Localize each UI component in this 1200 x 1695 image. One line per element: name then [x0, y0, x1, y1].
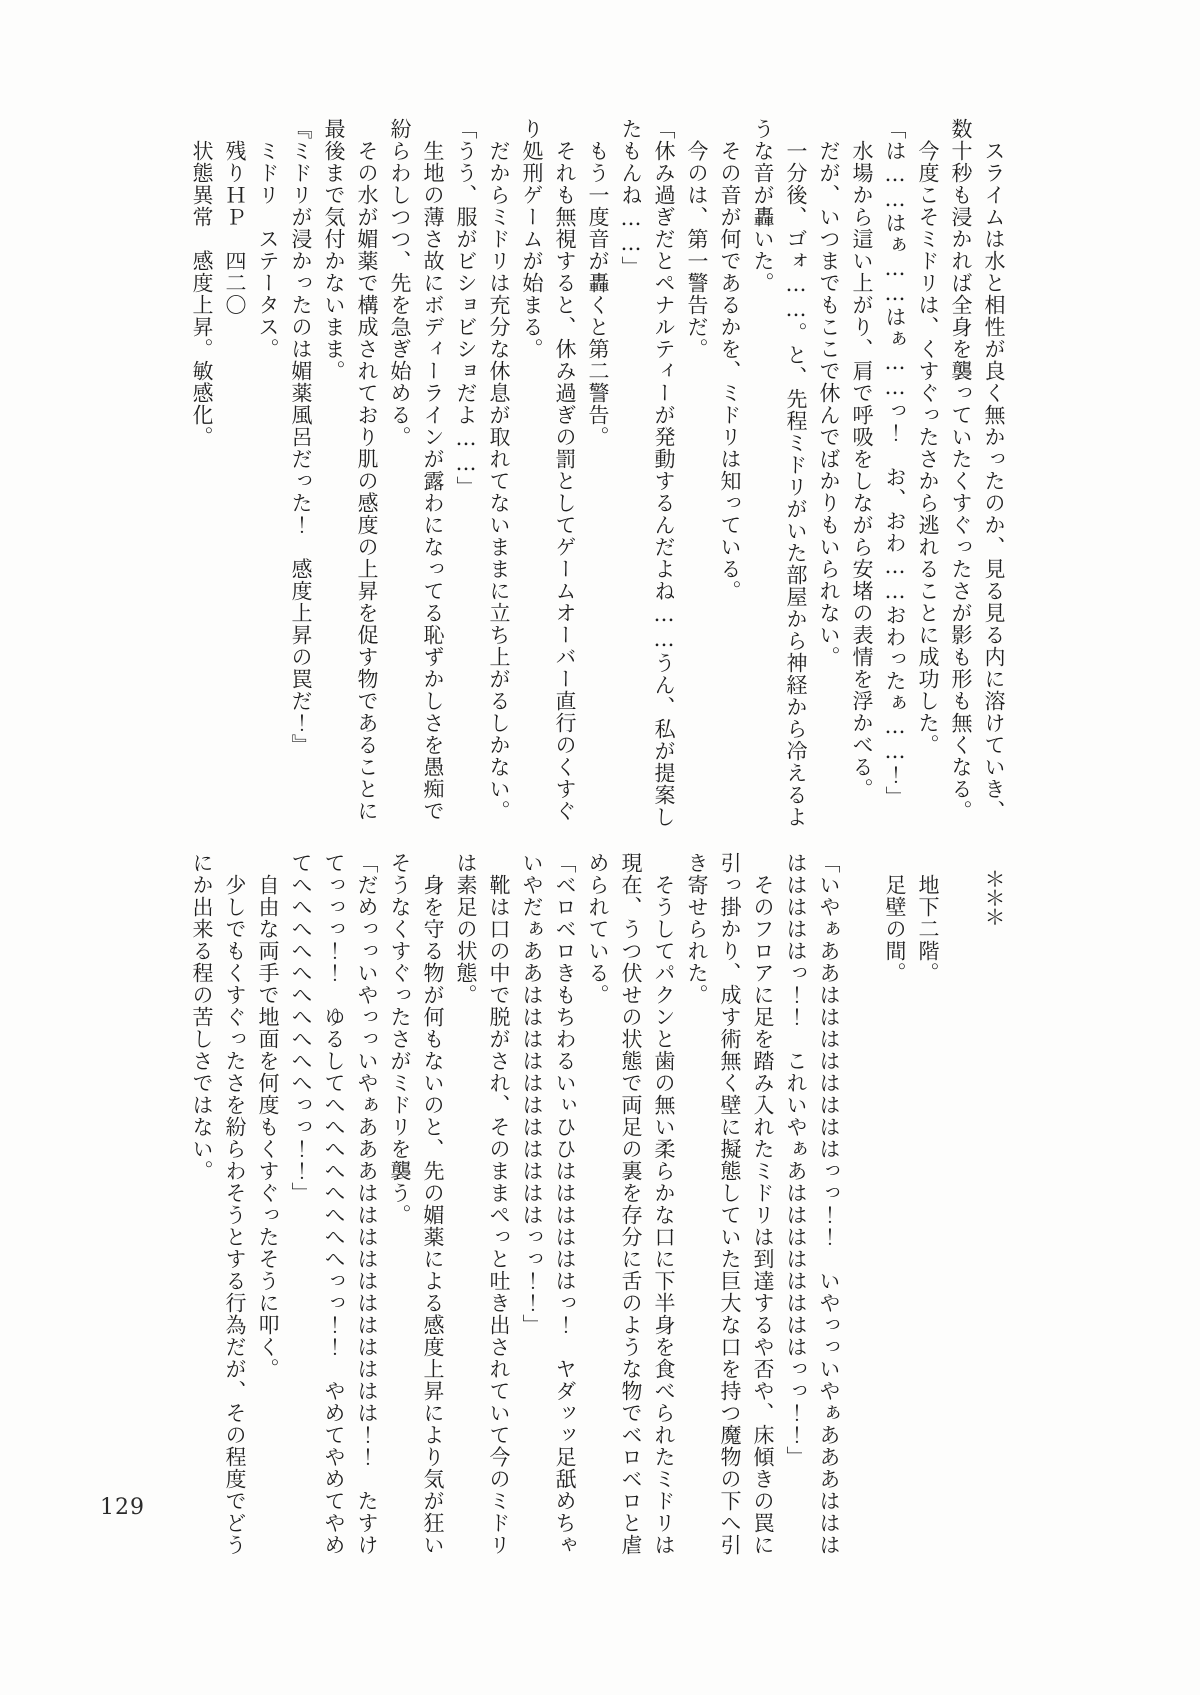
- section-divider: ＊＊＊: [977, 852, 1010, 1574]
- paragraph: 『ミドリが浸かったのは媚薬風呂だった！ 感度上昇の罠だ！』: [284, 118, 317, 840]
- paragraph: 今度こそミドリは、くすぐったさから逃れることに成功した。: [911, 118, 944, 840]
- paragraph: 今のは、第一警告だ。: [680, 118, 713, 840]
- scanned-novel-page: スライムは水と相性が良く無かったのか、見る見る内に溶けていき、数十秒も浸かれば全…: [0, 0, 1200, 1695]
- text-band-upper: スライムは水と相性が良く無かったのか、見る見る内に溶けていき、数十秒も浸かれば全…: [170, 118, 1010, 840]
- paragraph: 自由な両手で地面を何度もくすぐったそうに叩く。: [251, 852, 284, 1574]
- paragraph: 「うう、服がビショビショだよ……」: [449, 118, 482, 840]
- paragraph: 身を守る物が何もないのと、先の媚薬による感度上昇により気が狂いそうなくすぐったさ…: [383, 852, 449, 1574]
- paragraph: 残りＨＰ 四二〇: [218, 118, 251, 840]
- paragraph: 「は……はぁ……はぁ……っ！ お、おわ……おわったぁ……！」: [878, 118, 911, 840]
- paragraph: 「休み過ぎだとペナルティーが発動するんだよね……うん、私が提案したもんね……」: [614, 118, 680, 840]
- paragraph: スライムは水と相性が良く無かったのか、見る見る内に溶けていき、数十秒も浸かれば全…: [944, 118, 1010, 840]
- paragraph: 状態異常 感度上昇。敏感化。: [185, 118, 218, 840]
- paragraph: その水が媚薬で構成されており肌の感度の上昇を促す物であることに最後まで気付かない…: [317, 118, 383, 840]
- paragraph: 地下二階。: [911, 852, 944, 1574]
- paragraph: 少しでもくすぐったさを紛らわそうとする行為だが、その程度でどうにか出来る程の苦し…: [185, 852, 251, 1574]
- paragraph: ミドリ ステータス。: [251, 118, 284, 840]
- page-number: 129: [100, 1495, 145, 1520]
- paragraph: 水場から這い上がり、肩で呼吸をしながら安堵の表情を浮かべる。: [845, 118, 878, 840]
- paragraph: だが、いつまでもここで休んでばかりもいられない。: [812, 118, 845, 840]
- paragraph: 一分後、ゴォ……。と、先程ミドリがいた部屋から神経から冷えるような音が轟いた。: [746, 118, 812, 840]
- paragraph: 靴は口の中で脱がされ、そのままぺっと吐き出されていて今のミドリは素足の状態。: [449, 852, 515, 1574]
- paragraph: だからミドリは充分な休息が取れてないままに立ち上がるしかない。: [482, 118, 515, 840]
- paragraph: そのフロアに足を踏み入れたミドリは到達するや否や、床傾きの罠に引っ掛かり、成す術…: [680, 852, 779, 1574]
- paragraph: そうしてパクンと歯の無い柔らかな口に下半身を食べられたミドリは現在、うつ伏せの状…: [581, 852, 680, 1574]
- paragraph: もう一度音が轟くと第二警告。: [581, 118, 614, 840]
- paragraph: 「ベロベロきもちわるいぃひひははははははっ！ ヤダッッ足舐めちゃいやだぁああはは…: [515, 852, 581, 1574]
- paragraph: 「だめっっいやっっいやぁあああははははははははははは！！ たすけてっっっ！！ ゆ…: [284, 852, 383, 1574]
- paragraph: 足壁の間。: [878, 852, 911, 1574]
- text-band-lower: ＊＊＊地下二階。足壁の間。「いやぁああははははははははっっ！！ いやっっいやぁあ…: [170, 852, 1010, 1574]
- paragraph: その音が何であるかを、ミドリは知っている。: [713, 118, 746, 840]
- paragraph: それも無視すると、休み過ぎの罰としてゲームオーバー直行のくすぐり処刑ゲームが始ま…: [515, 118, 581, 840]
- paragraph: 「いやぁああははははははははっっ！！ いやっっいやぁあああははははははははっ！！…: [779, 852, 845, 1574]
- paragraph: 生地の薄さ故にボディーラインが露わになってる恥ずかしさを愚痴で紛らわしつつ、先を…: [383, 118, 449, 840]
